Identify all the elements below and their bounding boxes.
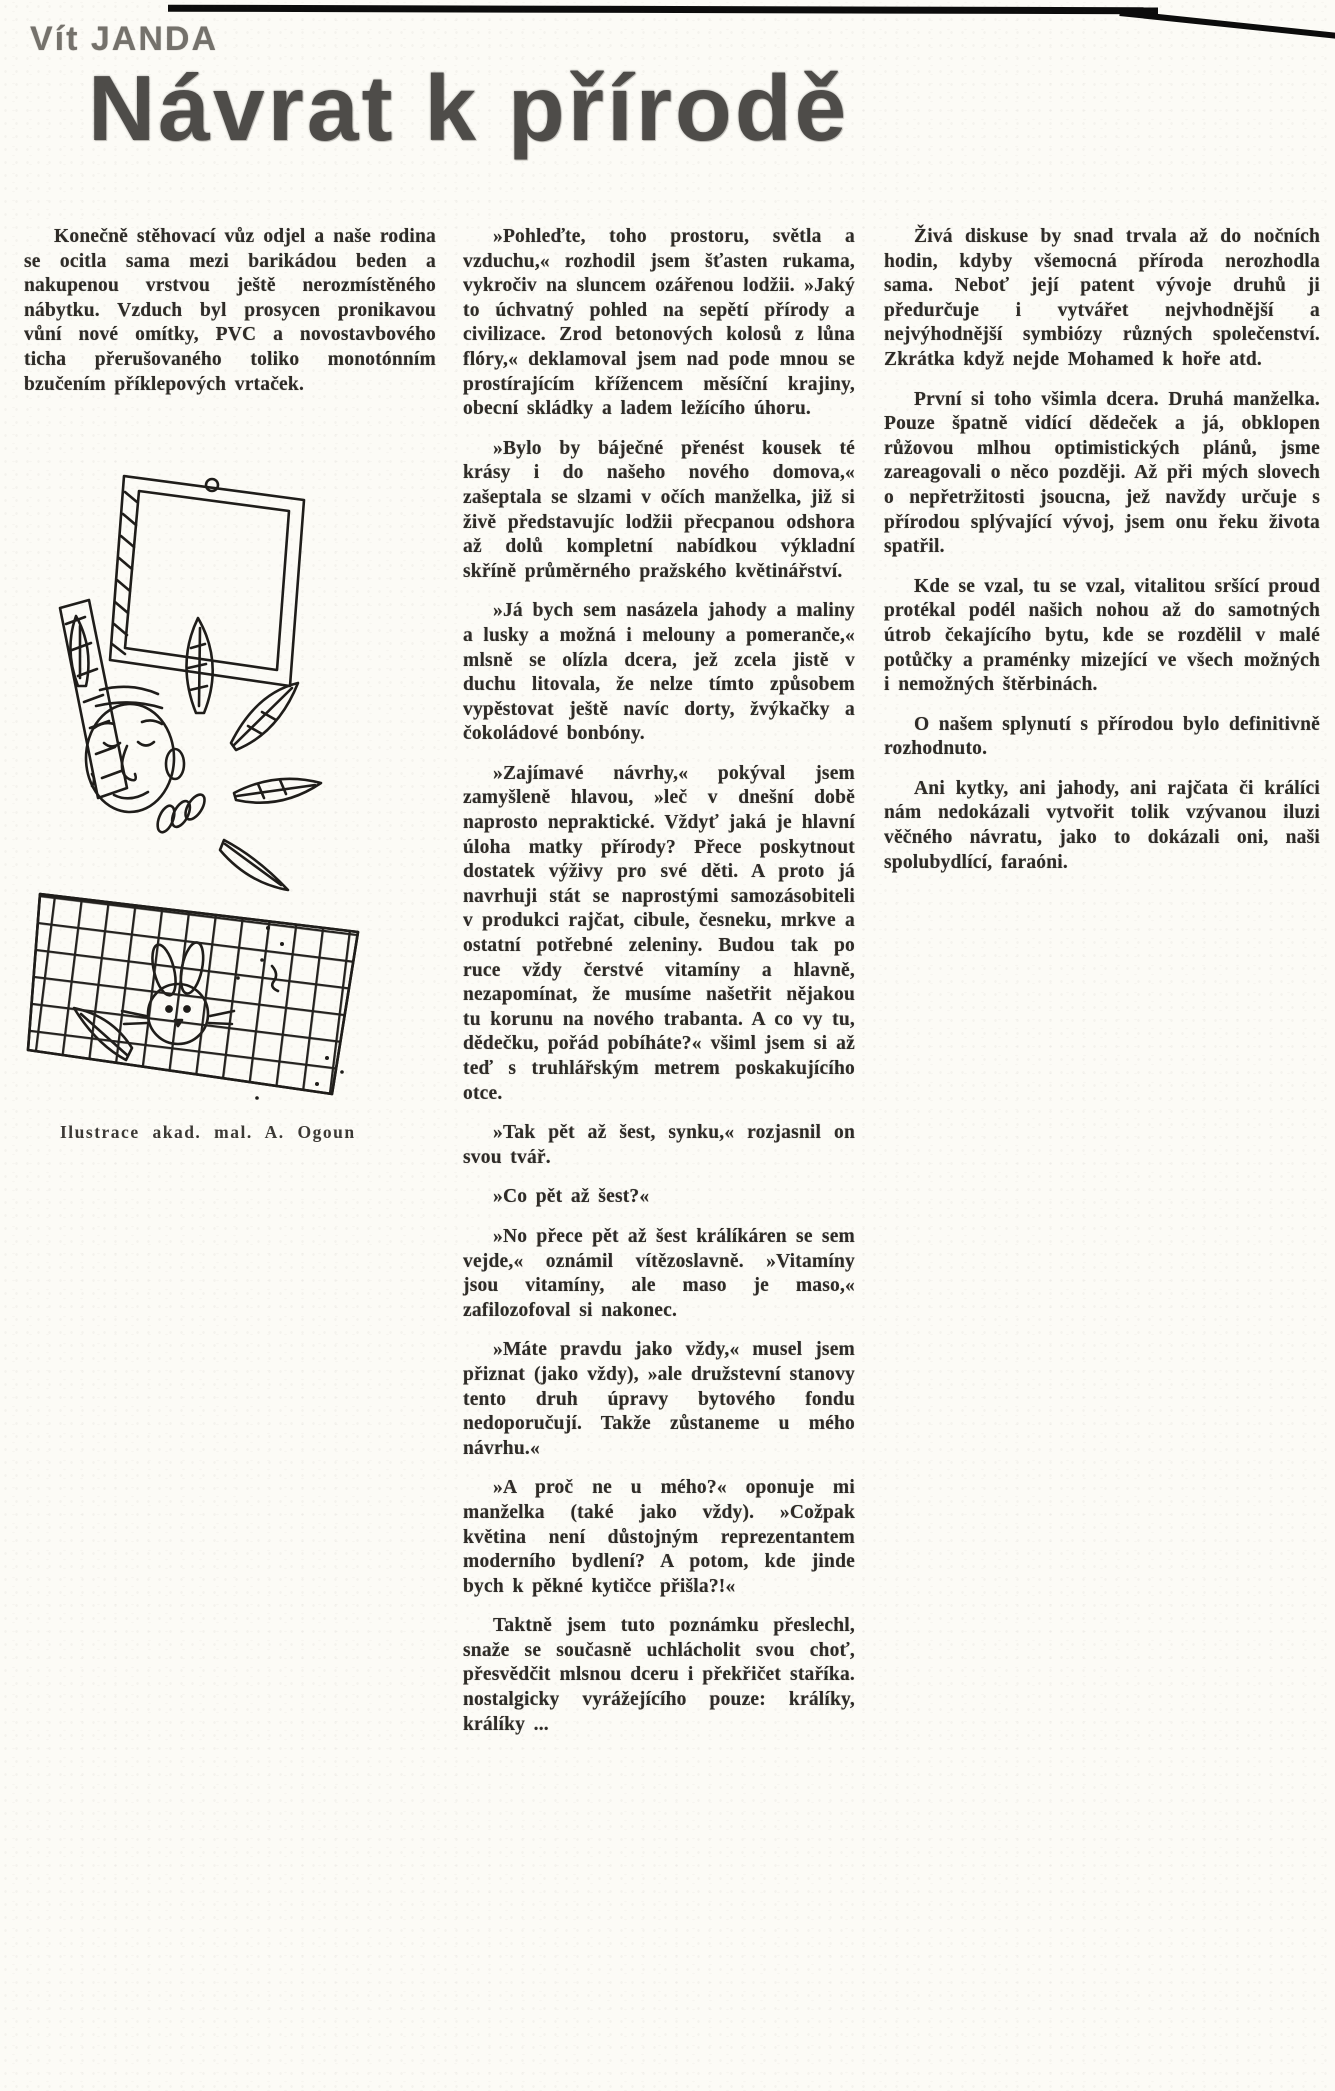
text-column-2: »Pohleďte, toho prostoru, světla a vzduc… (463, 225, 855, 1752)
text-column-3: Živá diskuse by snad trvala až do nočníc… (884, 225, 1320, 890)
hand-fingers (154, 791, 208, 834)
mesh-grid (28, 894, 358, 1094)
author-name: Vít JANDA (30, 20, 218, 59)
paragraph: Ani kytky, ani jahody, ani rajčata či kr… (884, 777, 1320, 875)
paragraph: O našem splynutí s přírodou bylo definit… (884, 713, 1320, 762)
illustration (26, 458, 434, 1110)
window-frame (110, 476, 304, 686)
scan-artifact-top-line (168, 5, 1158, 15)
paragraph: »A proč ne u mého?« oponuje mi manželka … (463, 1476, 855, 1599)
paragraph: Kde se vzal, tu se vzal, vitalitou sršíc… (884, 575, 1320, 698)
paragraph: »Tak pět až šest, synku,« rozjasnil on s… (463, 1121, 855, 1170)
man-face (86, 687, 184, 812)
paragraph: Taktně jsem tuto poznámku přeslechl, sna… (463, 1614, 855, 1737)
paragraph: »Pohleďte, toho prostoru, světla a vzduc… (463, 225, 855, 422)
shutter-plank (60, 600, 127, 798)
paragraph: »Já bych sem nasázela jahody a maliny a … (463, 599, 855, 747)
paragraph: »Bylo by báječné přenést kousek té krásy… (463, 437, 855, 585)
paragraph: »Zajímavé návrhy,« pokýval jsem zamyšlen… (463, 762, 855, 1106)
man-window-rabbit-drawing (26, 458, 431, 1108)
paragraph: Živá diskuse by snad trvala až do nočníc… (884, 225, 1320, 373)
illustration-caption: Ilustrace akad. mal. A. Ogoun (60, 1122, 356, 1143)
paragraph: První si toho všimla dcera. Druhá manžel… (884, 388, 1320, 560)
newspaper-page: Vít JANDA Návrat k přírodě Konečně stěho… (0, 0, 1335, 2091)
paragraph: »Co pět až šest?« (463, 1185, 855, 1210)
paragraph: Konečně stěhovací vůz odjel a naše rodin… (24, 225, 436, 397)
paragraph: »No přece pět až šest králíkáren se sem … (463, 1225, 855, 1323)
text-column-1: Konečně stěhovací vůz odjel a naše rodin… (24, 225, 436, 412)
article-title: Návrat k přírodě (88, 55, 849, 162)
scan-artifact-top-line-slanted (1119, 10, 1335, 42)
paragraph: »Máte pravdu jako vždy,« musel jsem přiz… (463, 1338, 855, 1461)
